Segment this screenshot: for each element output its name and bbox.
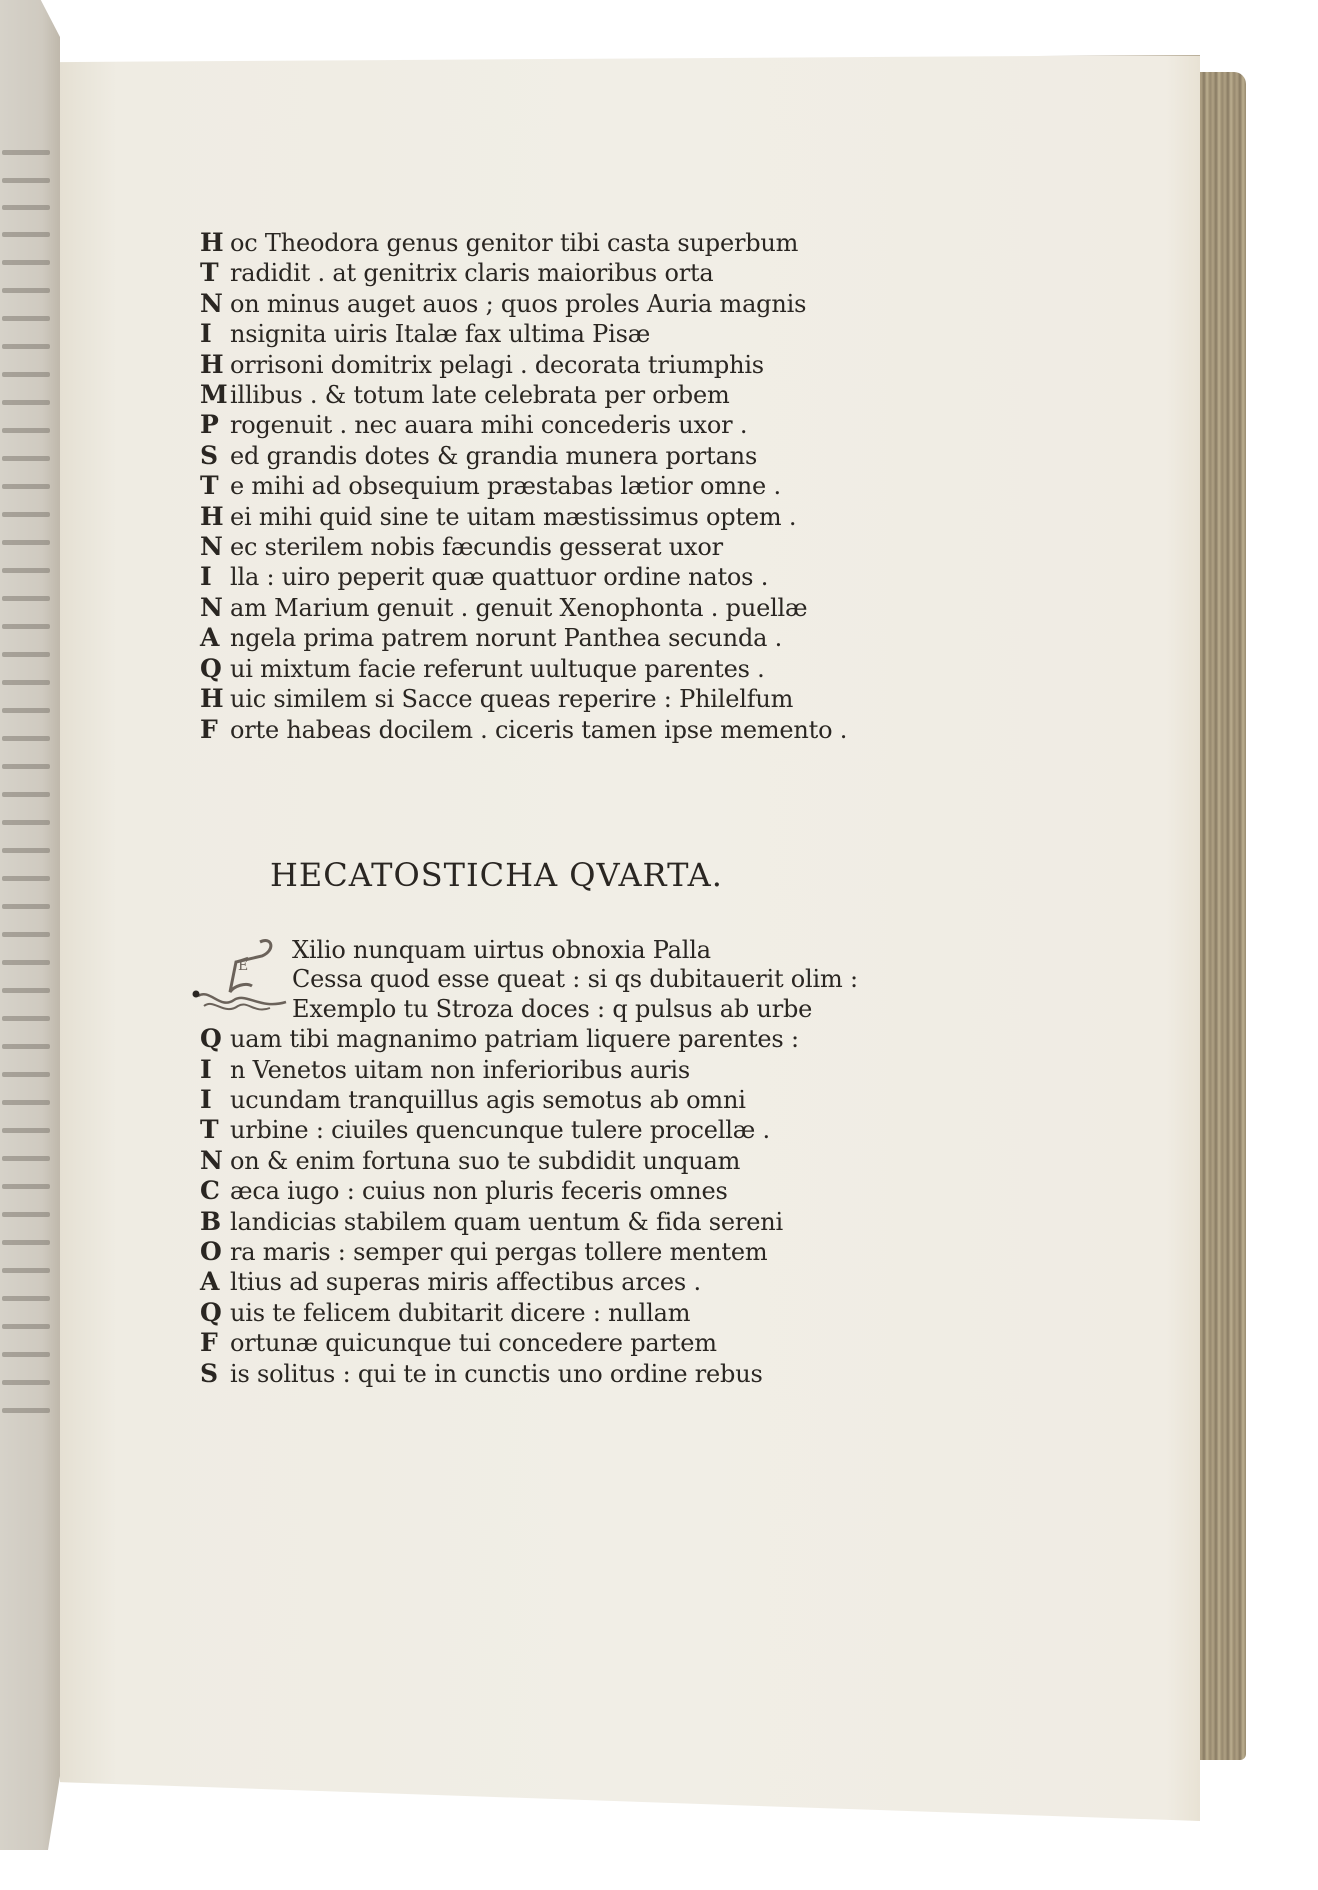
left-page-text-fragment — [2, 1100, 50, 1105]
left-page-text-fragment — [2, 232, 50, 237]
verse-initial: Q — [200, 654, 230, 683]
verse-initial: I — [200, 562, 230, 591]
verse-initial: Q — [200, 1024, 230, 1053]
left-page-text-fragment — [2, 1212, 50, 1217]
left-page-text-fragment — [2, 288, 50, 293]
verse-line: Iucundam tranquillus agis semotus ab omn… — [200, 1085, 880, 1115]
verse-text: orte habeas docilem . ciceris tamen ipse… — [230, 716, 847, 745]
verse-initial: F — [200, 715, 230, 744]
verse-initial: N — [200, 593, 230, 622]
left-page-text-fragment — [2, 484, 50, 489]
verse-line: Xilio nunquam uirtus obnoxia Palla — [200, 936, 880, 965]
verse-text: ngela prima patrem norunt Panthea secund… — [230, 624, 782, 653]
left-page-text-fragment — [2, 344, 50, 349]
left-page-text-fragment — [2, 1240, 50, 1245]
left-page-text-fragment — [2, 1016, 50, 1021]
left-page-text-fragment — [2, 652, 50, 657]
verse-line: Insignita uiris Italæ fax ultima Pisæ — [200, 319, 880, 349]
verse-line: Qui mixtum facie referunt uultuque paren… — [200, 654, 880, 684]
verse-text: ui mixtum facie referunt uultuque parent… — [230, 655, 765, 684]
verse-initial: I — [200, 1085, 230, 1114]
verse-text: rogenuit . nec auara mihi concederis uxo… — [230, 411, 747, 440]
verse-line: Hei mihi quid sine te uitam mæstissimus … — [200, 502, 880, 532]
verse-text: Exemplo tu Stroza doces : q pulsus ab ur… — [292, 995, 812, 1024]
svg-text:E: E — [238, 958, 248, 974]
left-page-text-fragment — [2, 456, 50, 461]
verse-line: Nam Marium genuit . genuit Xenophonta . … — [200, 593, 880, 623]
verse-text: Cessa quod esse queat : si qs dubitaueri… — [292, 965, 858, 994]
verse-line: Huic similem si Sacce queas reperire : P… — [200, 684, 880, 714]
verse-text: ucundam tranquillus agis semotus ab omni — [230, 1086, 746, 1115]
book-fore-edge — [1198, 72, 1246, 1760]
verse-text: on & enim fortuna suo te subdidit unquam — [230, 1147, 740, 1176]
verse-initial: N — [200, 289, 230, 318]
left-page-text-fragment — [2, 400, 50, 405]
verse-line: Millibus . & totum late celebrata per or… — [200, 380, 880, 410]
verse-text: am Marium genuit . genuit Xenophonta . p… — [230, 594, 807, 623]
verse-initial: T — [200, 471, 230, 500]
left-page-text-fragment — [2, 624, 50, 629]
verse-line: Nec sterilem nobis fæcundis gesserat uxo… — [200, 532, 880, 562]
verse-initial: A — [200, 1267, 230, 1296]
verse-line: Sed grandis dotes & grandia munera porta… — [200, 441, 880, 471]
left-page-text-fragment — [2, 1324, 50, 1329]
left-page-text-fragment — [2, 316, 50, 321]
left-page-text-fragment — [2, 988, 50, 993]
verse-initial: S — [200, 1359, 230, 1388]
verse-line: Tradidit . at genitrix claris maioribus … — [200, 258, 880, 288]
verse-line: Ora maris : semper qui pergas tollere me… — [200, 1237, 880, 1267]
left-page-text-fragment — [2, 1156, 50, 1161]
verse-initial: H — [200, 502, 230, 531]
verse-initial: N — [200, 1146, 230, 1175]
verse-text: illibus . & totum late celebrata per orb… — [230, 381, 730, 410]
verse-text: ra maris : semper qui pergas tollere men… — [230, 1238, 767, 1267]
verse-initial: Q — [200, 1298, 230, 1327]
verse-text: uam tibi magnanimo patriam liquere paren… — [230, 1025, 799, 1054]
left-page-text-fragment — [2, 205, 50, 210]
verse-line: Progenuit . nec auara mihi concederis ux… — [200, 410, 880, 440]
left-page-text-fragment — [2, 260, 50, 265]
left-page-text-fragment — [2, 1352, 50, 1357]
left-page-text-fragment — [2, 596, 50, 601]
verse-text: ltius ad superas miris affectibus arces … — [230, 1268, 701, 1297]
verse-line: Non minus auget auos ; quos proles Auria… — [200, 289, 880, 319]
facing-left-page — [0, 0, 60, 1850]
left-page-text-fragment — [2, 792, 50, 797]
verse-text: orrisoni domitrix pelagi . decorata triu… — [230, 351, 764, 380]
left-page-text-fragment — [2, 932, 50, 937]
left-page-text-fragment — [2, 150, 50, 155]
left-page-text-fragment — [2, 904, 50, 909]
left-page-text-fragment — [2, 820, 50, 825]
left-page-text-fragment — [2, 372, 50, 377]
verse-line: Quam tibi magnanimo patriam liquere pare… — [200, 1024, 880, 1054]
verse-text: ei mihi quid sine te uitam mæstissimus o… — [230, 503, 796, 532]
verse-initial: M — [200, 380, 230, 409]
verse-line: Quis te felicem dubitarit dicere : nulla… — [200, 1298, 880, 1328]
verse-initial: T — [200, 1115, 230, 1144]
verse-text: landicias stabilem quam uentum & fida se… — [230, 1208, 783, 1237]
verse-line: Fortunæ quicunque tui concedere partem — [200, 1328, 880, 1358]
verse-text: uis te felicem dubitarit dicere : nullam — [230, 1299, 690, 1328]
verse-text: æca iugo : cuius non pluris feceris omne… — [230, 1177, 728, 1206]
verse-initial: B — [200, 1207, 230, 1236]
left-page-text-fragment — [2, 960, 50, 965]
left-page-text-fragment — [2, 1184, 50, 1189]
verse-initial: F — [200, 1328, 230, 1357]
verse-line: Hoc Theodora genus genitor tibi casta su… — [200, 228, 880, 258]
verse-initial: I — [200, 1055, 230, 1084]
left-page-text-fragment — [2, 1044, 50, 1049]
left-page-text-fragment — [2, 876, 50, 881]
left-page-text-fragment — [2, 680, 50, 685]
verse-line: Non & enim fortuna suo te subdidit unqua… — [200, 1146, 880, 1176]
verse-text: oc Theodora genus genitor tibi casta sup… — [230, 229, 798, 258]
verse-initial: O — [200, 1237, 230, 1266]
verse-text: is solitus : qui te in cunctis uno ordin… — [230, 1360, 763, 1389]
left-page-text-fragment — [2, 540, 50, 545]
verse-line: In Venetos uitam non inferioribus auris — [200, 1055, 880, 1085]
verse-line: Exemplo tu Stroza doces : q pulsus ab ur… — [200, 995, 880, 1024]
verse-line: Cessa quod esse queat : si qs dubitaueri… — [200, 965, 880, 994]
left-page-text-fragment — [2, 1296, 50, 1301]
verse-text: ec sterilem nobis fæcundis gesserat uxor — [230, 533, 723, 562]
verse-line: Turbine : ciuiles quencunque tulere proc… — [200, 1115, 880, 1145]
drop-cap-block: E Xilio nunquam uirtus obnoxia Palla Ces… — [200, 936, 880, 1024]
verse-text: uic similem si Sacce queas reperire : Ph… — [230, 685, 793, 714]
verse-text: ortunæ quicunque tui concedere partem — [230, 1329, 717, 1358]
verse-line: Forte habeas docilem . ciceris tamen ips… — [200, 715, 880, 745]
left-page-text-fragment — [2, 428, 50, 433]
verse-line: Te mihi ad obsequium præstabas lætior om… — [200, 471, 880, 501]
verse-initial: A — [200, 623, 230, 652]
verse-text: urbine : ciuiles quencunque tulere proce… — [230, 1116, 770, 1145]
verse-line: Cæca iugo : cuius non pluris feceris omn… — [200, 1176, 880, 1206]
left-page-text-fragment — [2, 178, 50, 183]
verse-text: Xilio nunquam uirtus obnoxia Palla — [292, 936, 711, 965]
verse-initial: C — [200, 1176, 230, 1205]
left-page-text-fragment — [2, 1268, 50, 1273]
verse-text: lla : uiro peperit quæ quattuor ordine n… — [230, 563, 768, 592]
verse-line: Illa : uiro peperit quæ quattuor ordine … — [200, 562, 880, 592]
left-page-text-fragment — [2, 764, 50, 769]
ornamental-initial-e-icon: E — [190, 936, 290, 1022]
left-page-text-fragment — [2, 512, 50, 517]
left-page-text-fragment — [2, 1072, 50, 1077]
verse-section-1: Hoc Theodora genus genitor tibi casta su… — [200, 228, 880, 745]
section-heading: HECATOSTICHA QVARTA. — [270, 856, 723, 894]
verse-line: Blandicias stabilem quam uentum & fida s… — [200, 1207, 880, 1237]
verse-text: ed grandis dotes & grandia munera portan… — [230, 442, 757, 471]
verse-text: on minus auget auos ; quos proles Auria … — [230, 290, 806, 319]
left-page-text-fragment — [2, 1408, 50, 1413]
verse-text: n Venetos uitam non inferioribus auris — [230, 1056, 690, 1085]
verse-initial: H — [200, 350, 230, 379]
verse-text: e mihi ad obsequium præstabas lætior omn… — [230, 472, 781, 501]
verse-initial: P — [200, 410, 230, 439]
left-page-text-fragment — [2, 708, 50, 713]
verse-line: Sis solitus : qui te in cunctis uno ordi… — [200, 1359, 880, 1389]
verse-initial: I — [200, 319, 230, 348]
verse-line: Altius ad superas miris affectibus arces… — [200, 1267, 880, 1297]
left-page-text-fragment — [2, 736, 50, 741]
verse-text: nsignita uiris Italæ fax ultima Pisæ — [230, 320, 650, 349]
left-page-text-fragment — [2, 568, 50, 573]
verse-initial: H — [200, 228, 230, 257]
verse-line: Angela prima patrem norunt Panthea secun… — [200, 623, 880, 653]
verse-line: Horrisoni domitrix pelagi . decorata tri… — [200, 350, 880, 380]
left-page-text-fragment — [2, 848, 50, 853]
verse-text: radidit . at genitrix claris maioribus o… — [230, 259, 714, 288]
verse-section-2: E Xilio nunquam uirtus obnoxia Palla Ces… — [200, 936, 880, 1389]
verse-initial: S — [200, 441, 230, 470]
verse-initial: H — [200, 684, 230, 713]
verse-initial: N — [200, 532, 230, 561]
left-page-text-fragment — [2, 1380, 50, 1385]
verse-initial: T — [200, 258, 230, 287]
left-page-text-fragment — [2, 1128, 50, 1133]
